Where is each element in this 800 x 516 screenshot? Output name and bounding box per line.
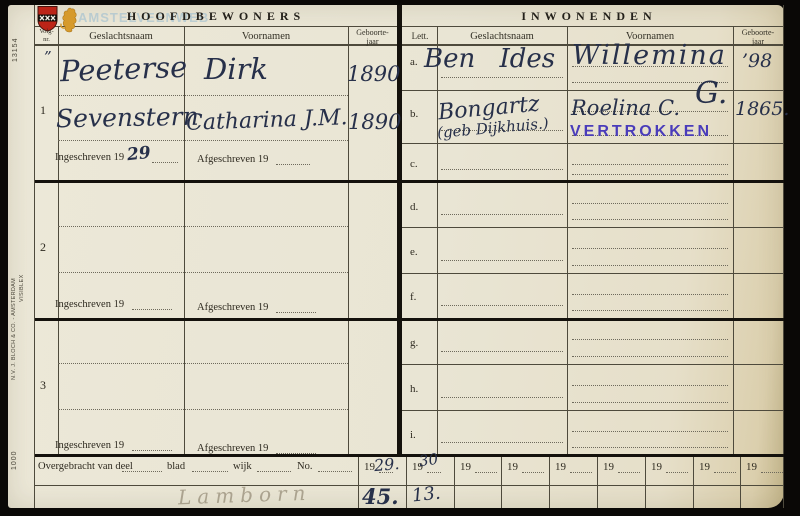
fill-in-dots (257, 461, 291, 472)
write-on-line (572, 376, 728, 386)
year-col-prefix: 19 (651, 461, 662, 473)
fill-in-dots (666, 463, 688, 473)
ditto-mark: ” (44, 48, 52, 66)
write-on-line (441, 296, 563, 306)
inwonenden-title: INWONENDEN (403, 9, 775, 24)
lett-c: c. (410, 158, 418, 170)
fill-in-dots (132, 440, 172, 451)
write-on-line (572, 239, 728, 249)
write-on-line (572, 210, 728, 220)
value-1929: 45. (362, 484, 399, 509)
rule-line (348, 26, 349, 455)
volgnr-1: 1 (40, 103, 46, 118)
value-1930: 13. (411, 483, 442, 507)
pencil-signature: Lamborn (178, 481, 312, 510)
ingeschreven-label: Ingeschreven 19 (55, 440, 124, 451)
heavy-rule (35, 318, 784, 321)
lett-a: a. (410, 56, 418, 68)
write-on-line (58, 86, 348, 96)
firstname-initial: G. (695, 76, 727, 111)
write-on-line (58, 400, 348, 410)
write-on-line (441, 160, 563, 170)
year-col-prefix: 19 (507, 461, 518, 473)
year-col-prefix: 19 (746, 461, 757, 473)
write-on-line (441, 251, 563, 261)
write-on-line (572, 256, 728, 266)
rule-line (401, 143, 784, 144)
fill-in-dots (522, 463, 544, 473)
write-on-line (572, 393, 728, 403)
ingeschreven-label: Ingeschreven 19 (55, 152, 124, 163)
firstname-entry: Willemina (572, 40, 727, 71)
fill-in-dots (761, 463, 783, 473)
rule-line (783, 5, 784, 508)
rule-line (549, 455, 550, 508)
lett-i: i. (410, 429, 416, 441)
write-on-line (572, 330, 728, 340)
lett-g: g. (410, 337, 418, 349)
year-written-1930: 30 (418, 450, 439, 470)
write-on-line (572, 285, 728, 295)
write-on-line (572, 194, 728, 204)
year-col-prefix: 19 (699, 461, 710, 473)
rule-line (34, 5, 35, 508)
fill-in-dots (276, 443, 316, 454)
volgnr-2: 2 (40, 240, 46, 255)
afgeschreven-label: Afgeschreven 19 (197, 443, 268, 454)
rule-line (501, 455, 502, 508)
write-on-line (572, 347, 728, 357)
volgnr-3: 3 (40, 378, 46, 393)
printer-vertical: N.V. J. BLOCH & CO. - AMSTERDAM (11, 278, 17, 380)
fill-in-dots (276, 154, 310, 165)
fill-in-dots (122, 461, 162, 472)
fill-in-dots (618, 463, 640, 473)
surname-entry: Sevenstern (56, 102, 199, 133)
rule-line (358, 455, 359, 508)
voornamen-header-left: Voornamen (184, 31, 348, 42)
firstname-entry: Roelina C. (571, 96, 680, 120)
no-label: No. (297, 461, 312, 472)
rule-line (645, 455, 646, 508)
surname-entry: Peeterse (59, 50, 187, 88)
ingeschreven-label: Ingeschreven 19 (55, 299, 124, 310)
write-on-line (441, 433, 563, 443)
rule-line (454, 455, 455, 508)
year-col-prefix: 19 (603, 461, 614, 473)
birthyear-entry: 1890 (348, 110, 401, 134)
year-col-prefix: 19 (460, 461, 471, 473)
heavy-rule (35, 180, 784, 183)
vertrokken-stamp: VERTROKKEN (570, 123, 712, 141)
fill-in-dots (570, 463, 592, 473)
rule-line (597, 455, 598, 508)
fill-in-dots (475, 463, 497, 473)
blad-label: blad (167, 461, 185, 472)
write-on-line (58, 354, 348, 364)
lett-d: d. (410, 201, 418, 213)
surname-entry: Ben Ides (424, 44, 555, 74)
lett-f: f. (410, 291, 416, 303)
write-on-line (58, 263, 348, 273)
write-on-line (441, 342, 563, 352)
geslachtsnaam-header-left: Geslachtsnaam (58, 31, 184, 42)
hoofdbewoners-title: HOOFDBEWONERS (35, 9, 397, 24)
heavy-rule (35, 454, 784, 457)
write-on-line (572, 422, 728, 432)
firstname-entry: Dirk (204, 52, 268, 86)
write-on-line (572, 301, 728, 311)
write-on-line (572, 165, 728, 175)
afgeschreven-label: Afgeschreven 19 (197, 154, 268, 165)
volgnr-header: Volg- nr. (35, 28, 58, 43)
rule-line (740, 455, 741, 508)
lett-h: h. (410, 383, 418, 395)
rule-line (35, 26, 784, 27)
rule-line (401, 227, 784, 228)
geboortejaar-header-left: Geboorte- jaar (348, 28, 397, 46)
birthyear-entry: 1865. (735, 98, 789, 120)
rule-line (35, 485, 784, 486)
brand-vertical: VISIBLEX (19, 274, 25, 302)
lett-b: b. (410, 108, 418, 120)
fill-in-dots (276, 302, 316, 313)
lett-e: e. (410, 246, 418, 258)
print-run-vertical: 1000 (11, 450, 18, 470)
write-on-line (572, 155, 728, 165)
afgeschreven-label: Afgeschreven 19 (197, 302, 268, 313)
rule-line (401, 273, 784, 274)
year-col-prefix: 19 (555, 461, 566, 473)
rule-line (401, 410, 784, 411)
wijk-label: wijk (233, 461, 252, 472)
geboortejaar-header-right: Geboorte- jaar (733, 28, 783, 46)
year-written-1929: 29. (373, 454, 400, 475)
birthyear-entry: 1890 (347, 62, 400, 86)
fill-in-dots (192, 461, 228, 472)
fill-in-dots (714, 463, 736, 473)
ingeschreven-year: 29 (126, 143, 152, 165)
fill-in-dots (318, 461, 352, 472)
overgebracht-label: Overgebracht van deel (38, 461, 133, 472)
geslachtsnaam-header-right: Geslachtsnaam (437, 31, 567, 42)
birthyear-entry: ’98 (742, 50, 772, 72)
rule-line (401, 364, 784, 365)
serial-number-vertical: 13154 (12, 38, 19, 62)
write-on-line (441, 205, 563, 215)
fill-in-dots (152, 152, 178, 163)
fill-in-dots (132, 299, 172, 310)
scanned-register-card: 191919191919191919 AMSTELVEENWEB 13154 V… (0, 0, 800, 516)
write-on-line (572, 438, 728, 448)
lett-header: Lett. (403, 31, 437, 41)
write-on-line (58, 217, 348, 227)
write-on-line (441, 388, 563, 398)
rule-line (406, 455, 407, 508)
rule-line (693, 455, 694, 508)
